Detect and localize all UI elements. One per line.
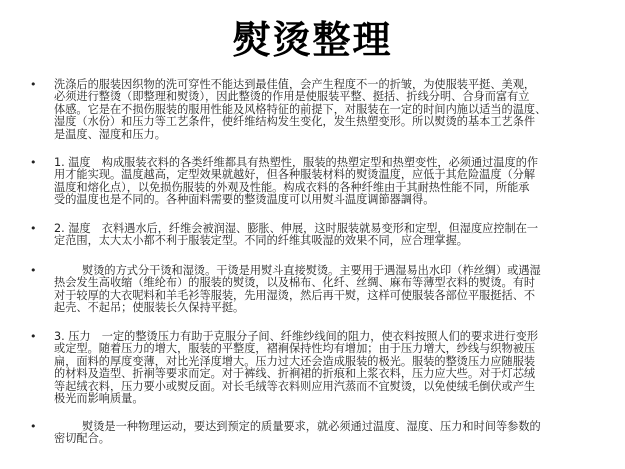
text-line: 极光而影响质量。 [54, 393, 538, 405]
bullet-dot-icon: • [30, 421, 37, 433]
bullet-ironing-methods: • 熨烫的方式分干烫和湿烫。干烫是用熨斗直接熨烫。主要用于遇湿易出水印（柞丝绸）… [30, 265, 541, 315]
text-line: 密切配合。 [54, 433, 541, 445]
text-line: 熨烫是一种物理运动，要达到预定的质量要求，就必须通过温度、湿度、压力和时间等参数… [54, 421, 541, 433]
text-line: 或定型。随着压力的增大，服装的平整度，褶裥保持性均有增加；由于压力增大，纱线与织… [54, 343, 538, 355]
text-line: 受的温度也是不同的。各种面料需要的整烫温度可以用熨斗温度调節器調得。 [54, 194, 538, 206]
text-line: 是温度、湿度和压力。 [54, 129, 546, 141]
bullet-dot-icon: • [30, 157, 37, 169]
text-line: 的材料及造型、折裥等要求而定。对于裤线、折裥裙的折痕和上浆衣料，压力应大些。对于… [54, 368, 538, 380]
text-line: 湿度（水份）和压力等工艺条件，使纤维结构发生变化，发生热塑变形。所以熨烫的基本工… [54, 116, 546, 128]
bullet-intro: • 洗涤后的服装因织物的洗可穿性不能达到最佳值，会产生程度不一的折皱，为使服装平… [30, 79, 546, 141]
bullet-dot-icon: • [30, 331, 37, 343]
text-line: 用才能实现。温度越高，定型效果就越好，但各种服装材料的熨烫温度，应低于其危险温度… [54, 169, 538, 181]
bullet-temperature: • 1. 温度 构成服装衣料的各类纤维都具有热塑性，服装的热塑定型和热塑变性，必… [30, 157, 538, 207]
text-line: 必须进行整烫（即整理和熨烫），因此整烫的作用是使服装平整、挺括、折线分明、合身而… [54, 91, 546, 103]
text-line: 定范围，太大太小都不利于服装定型。不同的纤维其吸湿的效果不同，应合理掌握。 [54, 235, 538, 247]
bullet-dot-icon: • [30, 79, 37, 91]
bullet-pressure: • 3. 压力 一定的整烫压力有助于克服分子间、纤维纱线间的阻力，使衣料按照人们… [30, 331, 538, 405]
bullet-dot-icon: • [30, 223, 37, 235]
bullet-humidity: • 2. 湿度 衣料遇水后，纤维会被润湿、膨胀、伸展，这时服装就易变形和定型，但… [30, 223, 538, 248]
text-line: 热会发生高收缩（维纶布）的服装的熨烫，以及棉布、化纤、丝绸、麻布等薄型衣料的熨烫… [54, 277, 541, 289]
slide-title: 熨烫整理 [0, 18, 625, 62]
text-line: 起壳、不起吊；使服装长久保持平挺。 [54, 302, 541, 314]
bullet-conclusion: • 熨烫是一种物理运动，要达到预定的质量要求，就必须通过温度、湿度、压力和时间等… [30, 421, 541, 446]
bullet-dot-icon: • [30, 265, 37, 277]
